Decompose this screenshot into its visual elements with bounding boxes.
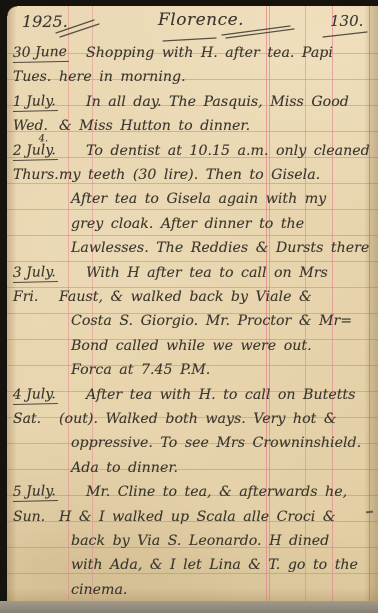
diary-line-text: To dentist at 10.15 a.m. only cleaned (86, 143, 370, 159)
diary-line-text: Ada to dinner. (71, 460, 178, 476)
scan-edge-top (0, 0, 378, 6)
diary-line: 3 July.With H after tea to call on Mrs (0, 265, 378, 287)
diary-line-text: Forca at 7.45 P.M. (71, 362, 210, 378)
scan-edge-left (0, 0, 7, 601)
diary-line-text: cinema. (71, 582, 127, 598)
diary-line-text: (out). Walked both ways. Very hot & (59, 411, 336, 427)
entry-date: 30 June (13, 44, 70, 63)
entry-day: Sat. (13, 411, 41, 427)
entry-date-superscript: 4. (38, 133, 48, 144)
diary-line: Thurs.my teeth (30 lire). Then to Gisela… (0, 167, 378, 189)
diary-line-text: After tea to Gisela again with my (71, 191, 326, 207)
entry-day: Wed. (13, 118, 48, 134)
diary-line-text: here in morning. (59, 69, 186, 85)
diary-line: 4 July.After tea with H. to call on Bute… (0, 387, 378, 409)
diary-line: with Ada, & I let Lina & T. go to the (0, 557, 378, 579)
diary-line: Lawlesses. The Reddies & Dursts there (0, 240, 378, 262)
diary-line-text: back by Via S. Leonardo. H dined (71, 533, 329, 549)
diary-line: Sun.H & I walked up Scala alle Croci & (0, 509, 378, 531)
diary-line: Tues.here in morning. (0, 69, 378, 91)
entry-day: Sun. (13, 509, 45, 525)
entry-date: 1 July. (13, 93, 58, 112)
diary-line-text: In all day. The Pasquis, Miss Good (86, 94, 349, 110)
diary-line: Fri.Faust, & walked back by Viale & (0, 289, 378, 311)
diary-line: back by Via S. Leonardo. H dined (0, 533, 378, 555)
diary-line: 2 July.4.To dentist at 10.15 a.m. only c… (0, 143, 378, 165)
diary-line-text: Lawlesses. The Reddies & Dursts there (71, 240, 369, 256)
entry-day: Fri. (13, 289, 38, 305)
diary-line-text: & Miss Hutton to dinner. (59, 118, 250, 134)
diary-line: Bond called while we were out. (0, 338, 378, 360)
diary-line: Sat.(out). Walked both ways. Very hot & (0, 411, 378, 433)
diary-line: Costa S. Giorgio. Mr. Proctor & Mr= (0, 313, 378, 335)
diary-line-text: With H after tea to call on Mrs (86, 265, 328, 281)
diary-line-text: Costa S. Giorgio. Mr. Proctor & Mr= (71, 313, 352, 329)
diary-line-text: Shopping with H. after tea. Papi (86, 45, 333, 61)
diary-line-text: with Ada, & I let Lina & T. go to the (71, 557, 358, 573)
entry-day: Thurs. (13, 167, 59, 183)
page-number: 130. (330, 12, 363, 30)
entry-date: 4 July. (13, 386, 58, 405)
diary-page: 1925. Florence. 130. 30 JuneShopping wit… (0, 0, 378, 613)
entry-day: Tues. (13, 69, 51, 85)
page-title: Florence. (158, 10, 244, 30)
entry-date: 3 July. (13, 264, 58, 283)
diary-line: After tea to Gisela again with my (0, 191, 378, 213)
entry-date: 5 July. (13, 483, 58, 502)
diary-line: Forca at 7.45 P.M. (0, 362, 378, 384)
diary-line: grey cloak. After dinner to the (0, 216, 378, 238)
diary-line: 30 JuneShopping with H. after tea. Papi (0, 45, 378, 67)
diary-line: oppressive. To see Mrs Crowninshield. (0, 435, 378, 457)
page-corner (7, 6, 17, 16)
diary-line-text: my teeth (30 lire). Then to Gisela. (59, 167, 320, 183)
diary-line: 1 July.In all day. The Pasquis, Miss Goo… (0, 94, 378, 116)
diary-line-text: After tea with H. to call on Butetts (86, 387, 355, 403)
diary-line: Wed.& Miss Hutton to dinner. (0, 118, 378, 140)
year-label: 1925. (22, 12, 68, 31)
diary-line-text: H & I walked up Scala alle Croci & (59, 509, 335, 525)
entry-date: 2 July.4. (13, 142, 58, 161)
diary-line: 5 July.Mr. Cline to tea, & afterwards he… (0, 484, 378, 506)
diary-line-text: Bond called while we were out. (71, 338, 312, 354)
diary-line-text: grey cloak. After dinner to the (71, 216, 304, 232)
scan-edge-bottom (0, 601, 378, 613)
diary-line: Ada to dinner. (0, 460, 378, 482)
diary-line-text: Faust, & walked back by Viale & (59, 289, 312, 305)
diary-line-text: Mr. Cline to tea, & afterwards he, (86, 484, 347, 500)
diary-line-text: oppressive. To see Mrs Crowninshield. (71, 435, 361, 451)
